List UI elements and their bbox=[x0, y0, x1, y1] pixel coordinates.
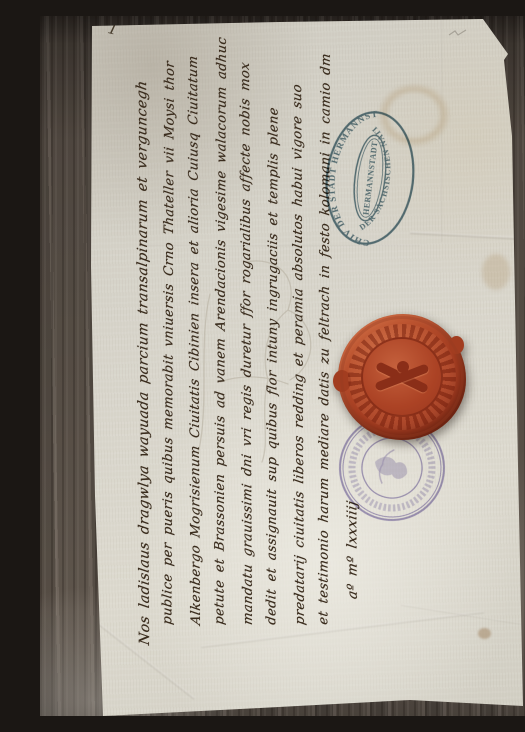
red-wax-seal bbox=[338, 314, 466, 440]
archive-oval-stamp: ARCHIV DER STADT HERMANNSTADT U· DER SÄC… bbox=[316, 103, 424, 253]
manuscript-line: Alkenbergo Mogrisienum Ciuitatis Cibinie… bbox=[186, 58, 215, 647]
charter-document: 1 Nos ladislaus dragwlya wayuada parcium… bbox=[80, 16, 525, 716]
stamp-center-emblem bbox=[372, 453, 410, 482]
seal-device bbox=[361, 337, 443, 417]
manuscript-line: Nos ladislaus dragwlya wayuada parcium t… bbox=[134, 58, 163, 647]
pencil-scribble-mark bbox=[448, 28, 468, 38]
manuscript-line: publice per pueris quibus memorabit vniu… bbox=[160, 59, 189, 647]
fold-crease bbox=[410, 231, 518, 240]
fold-crease bbox=[401, 604, 525, 626]
seal-device-detail bbox=[397, 361, 409, 373]
stain bbox=[478, 628, 491, 639]
manuscript-line: mandatu grauissimi dni vri regis duretur… bbox=[238, 58, 267, 647]
manuscript-line: predatarij ciuitatis liberos redding et … bbox=[290, 58, 319, 647]
stain bbox=[482, 254, 510, 290]
manuscript-line: dedit et assignauit sup quibus flor intu… bbox=[264, 59, 293, 647]
photograph: 1 Nos ladislaus dragwlya wayuada parcium… bbox=[40, 16, 525, 716]
manuscript-line: petute et Brassonien persuis ad vanem Ar… bbox=[212, 59, 241, 647]
